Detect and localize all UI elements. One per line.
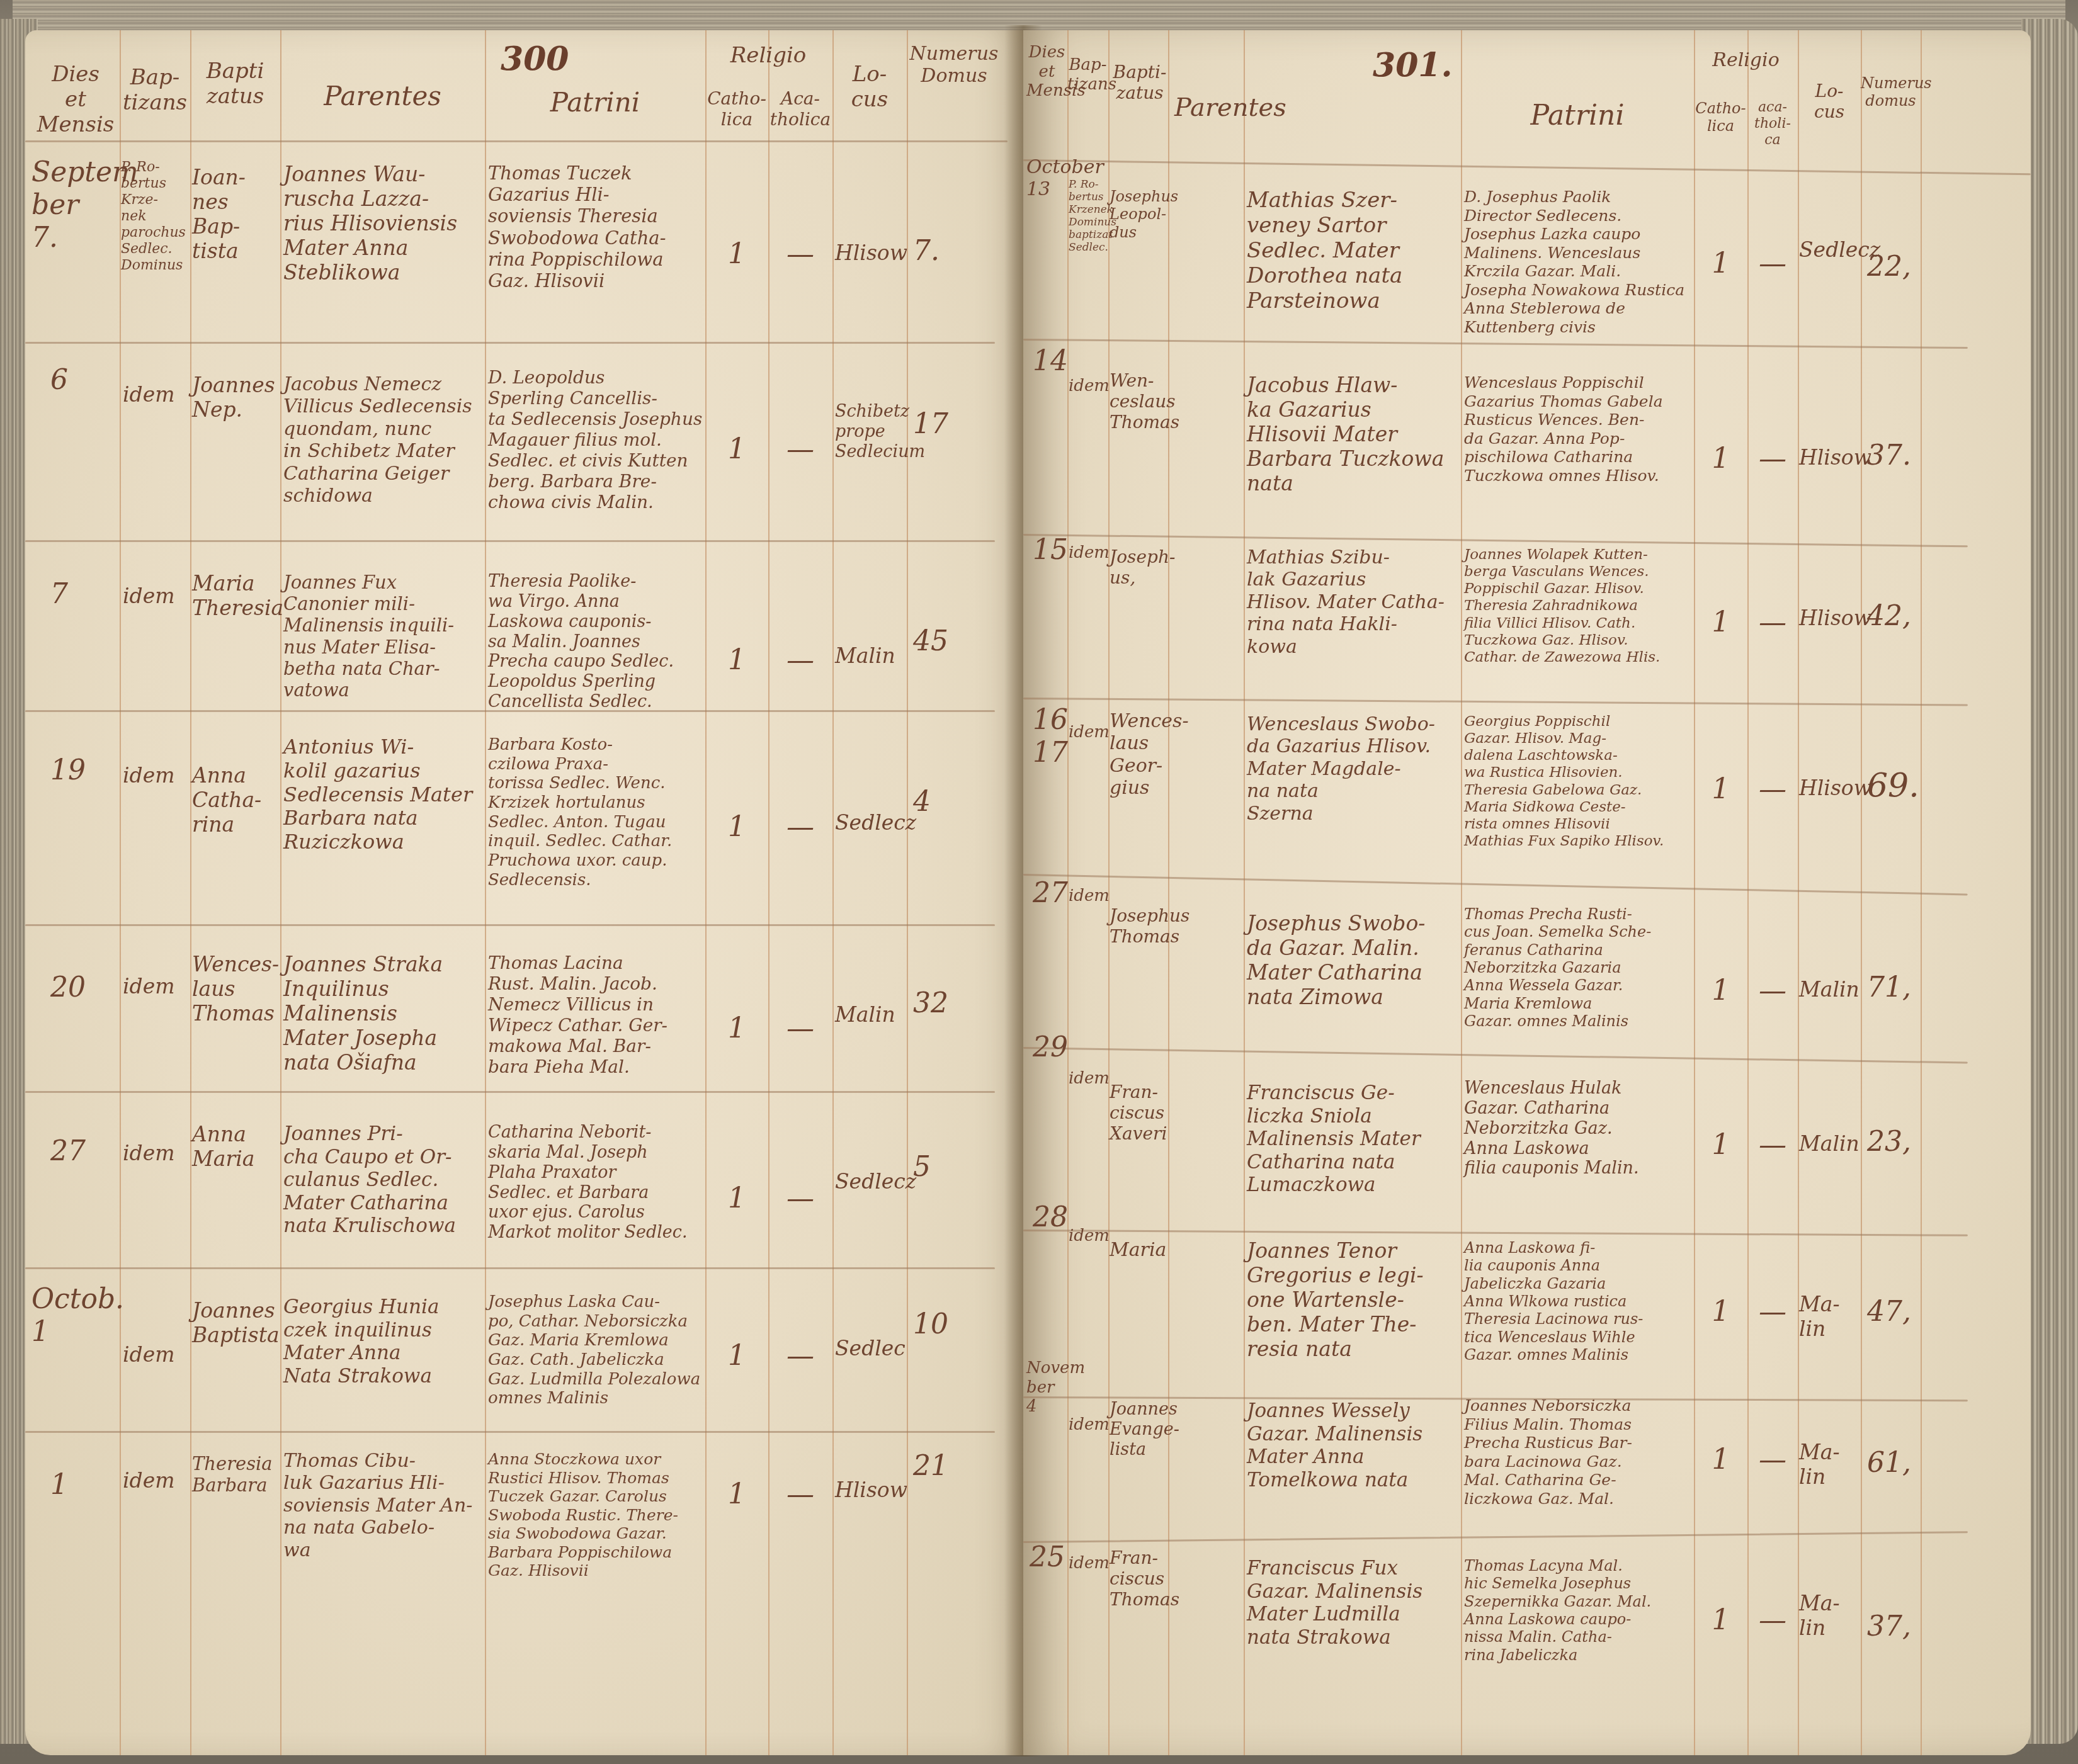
entry-parentes: Joannes Fux Canonier mili- Malinensis in…: [283, 572, 485, 701]
entry-baptizans: idem: [1069, 723, 1110, 742]
entry-catholica: 1: [705, 238, 768, 271]
right-page: Dies et Mensis Bap- tizans Bapti- zatus …: [1023, 30, 2031, 1755]
entry-catholica: 1: [705, 811, 768, 844]
entry-house-number: 71,: [1867, 971, 1924, 1004]
entry-acatholica: —: [1747, 975, 1798, 1007]
entry-house-number: 37.: [1867, 439, 1924, 472]
entry-catholica: 1: [1694, 1444, 1747, 1476]
entry-baptizatus: Wences- laus Thomas: [192, 953, 280, 1026]
entry-acatholica: —: [1747, 247, 1798, 280]
entry-baptizatus: Maria: [1110, 1239, 1169, 1261]
entry-locus: Sedlecz: [835, 1170, 907, 1194]
entry-rule: [1023, 1230, 1968, 1236]
entry-locus: Hlisow: [835, 241, 907, 266]
entry-baptizans: idem: [1069, 1226, 1110, 1246]
entry-catholica: 1: [1694, 606, 1747, 639]
entry-baptizatus: Wences- laus Geor- gius: [1110, 710, 1169, 800]
entry-patrini: Thomas Lacina Rust. Malin. Jacob. Nemecz…: [488, 953, 705, 1077]
entry-patrini: Anna Laskowa fi- lia cauponis Anna Jabel…: [1464, 1239, 1694, 1364]
entry-baptizans: idem: [1069, 886, 1110, 906]
entry-baptizans: idem: [1069, 376, 1110, 396]
entry-date: 20: [50, 971, 120, 1004]
entry-locus: Sedlec: [835, 1337, 907, 1361]
entry-house-number: 10: [913, 1308, 989, 1341]
entry-locus: Ma- lin: [1799, 1592, 1861, 1641]
entry-rule: [25, 1431, 995, 1433]
entry-house-number: 61,: [1867, 1447, 1924, 1479]
entry-house-number: 32: [913, 987, 989, 1020]
entry-patrini: Thomas Lacyna Mal. hic Semelka Josephus …: [1464, 1557, 1694, 1664]
entry-date: 19: [50, 754, 120, 787]
entry-baptizatus: Ioan- nes Bap- tista: [192, 166, 280, 264]
entry-parentes: Joannes Wessely Gazar. Malinensis Mater …: [1247, 1399, 1461, 1491]
entry-rule: [25, 540, 995, 542]
entry-date: 25: [1030, 1541, 1070, 1574]
entry-catholica: 1: [705, 1182, 768, 1215]
entry-rule: [25, 1091, 995, 1093]
entry-house-number: 23,: [1867, 1126, 1924, 1158]
entry-catholica: 1: [1694, 247, 1747, 280]
entry-parentes: Georgius Hunia czek inquilinus Mater Ann…: [283, 1296, 485, 1388]
left-entries: Septem ber 7. P. Ro- bertus Krze- nek pa…: [25, 30, 1023, 1755]
entry-house-number: 69.: [1867, 767, 1924, 805]
entry-acatholica: —: [1747, 1444, 1798, 1476]
entry-locus: Schibetz prope Sedlecium: [835, 402, 907, 462]
entry-patrini: D. Josephus Paolik Director Sedlecens. J…: [1464, 188, 1694, 336]
entry-baptizans: idem: [123, 764, 191, 788]
entry-rule: [25, 342, 995, 344]
entry-patrini: Catharina Neborit- skaria Mal. Joseph Pl…: [488, 1122, 705, 1243]
entry-locus: Ma- lin: [1799, 1440, 1861, 1490]
entry-baptizatus: Maria Theresia: [192, 572, 280, 621]
entry-parentes: Joannes Pri- cha Caupo et Or- culanus Se…: [283, 1122, 485, 1238]
entry-date: Septem ber 7.: [31, 156, 120, 254]
entry-patrini: D. Leopoldus Sperling Cancellis- ta Sedl…: [488, 367, 705, 512]
entry-baptizatus: Joannes Evange- lista: [1110, 1399, 1169, 1460]
entry-house-number: 7.: [913, 235, 989, 268]
entry-parentes: Joannes Straka Inquilinus Malinensis Mat…: [283, 953, 485, 1075]
entry-date: 14: [1033, 345, 1070, 378]
entry-parentes: Joannes Tenor Gregorius e legi- one Wart…: [1247, 1239, 1461, 1362]
entry-acatholica: —: [1747, 1296, 1798, 1328]
entry-locus: Malin: [835, 644, 907, 669]
open-register-book: Dies et Mensis Bap- tizans Bapti zatus P…: [0, 0, 2078, 1764]
entry-acatholica: —: [768, 433, 832, 466]
entry-baptizans: idem: [1069, 1069, 1110, 1088]
entry-date: October 13: [1026, 156, 1070, 201]
entry-acatholica: —: [768, 1478, 832, 1511]
entry-patrini: Wenceslaus Poppischil Gazarius Thomas Ga…: [1464, 373, 1694, 485]
entry-locus: Hlisow: [1799, 606, 1861, 631]
entry-catholica: 1: [705, 644, 768, 677]
entry-acatholica: —: [1747, 443, 1798, 475]
entry-parentes: Mathias Szer- veney Sartor Sedlec. Mater…: [1247, 188, 1461, 314]
entry-rule: [25, 710, 995, 712]
entry-baptizatus: Joseph- us,: [1110, 546, 1169, 588]
entry-parentes: Mathias Szibu- lak Gazarius Hlisov. Mate…: [1247, 546, 1461, 658]
entry-baptizans: idem: [123, 383, 191, 407]
entry-baptizans: idem: [1069, 1415, 1110, 1435]
entry-patrini: Theresia Paolike- wa Virgo. Anna Laskowa…: [488, 572, 705, 712]
entry-date: 7: [50, 578, 120, 611]
entry-locus: Malin: [1799, 1132, 1861, 1156]
entry-catholica: 1: [705, 433, 768, 466]
entry-parentes: Franciscus Fux Gazar. Malinensis Mater L…: [1247, 1557, 1461, 1649]
entry-parentes: Joannes Wau- ruscha Lazza- rius Hlisovie…: [283, 162, 485, 285]
entry-baptizans: idem: [123, 1343, 191, 1367]
entry-acatholica: —: [768, 1182, 832, 1215]
entry-locus: Malin: [1799, 978, 1861, 1002]
entry-acatholica: —: [1747, 773, 1798, 806]
entry-patrini: Josephus Laska Cau- po, Cathar. Neborsic…: [488, 1292, 705, 1408]
entry-rule: [1023, 339, 1968, 349]
entry-locus: Hlisow: [1799, 446, 1861, 470]
entry-rule: [25, 1267, 995, 1269]
entry-catholica: 1: [705, 1340, 768, 1372]
entry-acatholica: —: [1747, 1604, 1798, 1637]
entry-baptizatus: Joannes Nep.: [192, 373, 280, 422]
entry-locus: Hlisow: [835, 1478, 907, 1503]
entry-baptizatus: Fran- ciscus Thomas: [1110, 1547, 1169, 1610]
entry-date: 29: [1033, 1031, 1070, 1064]
entry-parentes: Franciscus Ge- liczka Sniola Malinensis …: [1247, 1082, 1461, 1197]
entry-baptizatus: Josephus Leopol- dus: [1110, 188, 1169, 241]
entry-catholica: 1: [1694, 1604, 1747, 1637]
entry-catholica: 1: [1694, 975, 1747, 1007]
entry-house-number: 45: [913, 625, 989, 658]
entry-locus: Sedlecz: [1799, 238, 1861, 263]
entry-catholica: 1: [1694, 773, 1747, 806]
entry-rule: [25, 924, 995, 926]
entry-parentes: Wenceslaus Swobo- da Gazarius Hlisov. Ma…: [1247, 713, 1461, 825]
entry-date: 1: [50, 1469, 120, 1501]
entry-acatholica: —: [768, 1012, 832, 1045]
entry-house-number: 22,: [1867, 251, 1924, 283]
entry-baptizatus: Joannes Baptista: [192, 1299, 280, 1348]
entry-date: 16 17: [1033, 704, 1070, 769]
entry-patrini: Joannes Neborsiczka Filius Malin. Thomas…: [1464, 1396, 1694, 1508]
entry-catholica: 1: [1694, 1296, 1747, 1328]
entry-house-number: 17: [913, 408, 989, 441]
entry-baptizans: P. Ro- bertus Krzenek Dominus baptizat S…: [1069, 178, 1108, 254]
entry-locus: Sedlecz: [835, 811, 907, 835]
entry-acatholica: —: [1747, 606, 1798, 639]
entry-house-number: 5: [913, 1151, 989, 1184]
entry-baptizatus: Wen- ceslaus Thomas: [1110, 370, 1169, 433]
entry-baptizans: idem: [123, 1469, 191, 1493]
entry-baptizans: P. Ro- bertus Krze- nek parochus Sedlec.…: [121, 159, 191, 274]
entry-baptizatus: Josephus Thomas: [1110, 905, 1169, 947]
entry-rule: [1023, 534, 1968, 547]
entry-rule: [1023, 698, 1968, 706]
entry-acatholica: —: [768, 811, 832, 844]
entry-patrini: Thomas Tuczek Gazarius Hli- soviensis Th…: [488, 162, 705, 291]
entry-house-number: 47,: [1867, 1296, 1924, 1328]
entry-catholica: 1: [705, 1478, 768, 1511]
entry-house-number: 21: [913, 1450, 989, 1483]
entry-locus: Ma- lin: [1799, 1292, 1861, 1342]
entry-catholica: 1: [705, 1012, 768, 1045]
entry-locus: Hlisow: [1799, 776, 1861, 801]
entry-baptizans: idem: [123, 1141, 191, 1166]
entry-rule: [1023, 1047, 1968, 1064]
entry-house-number: 37,: [1867, 1610, 1924, 1643]
entry-patrini: Thomas Precha Rusti- cus Joan. Semelka S…: [1464, 905, 1694, 1030]
entry-catholica: 1: [1694, 1129, 1747, 1162]
entry-date: Novem ber 4: [1026, 1359, 1070, 1416]
entry-patrini: Anna Stoczkowa uxor Rustici Hlisov. Thom…: [488, 1450, 705, 1580]
entry-date: 6: [50, 364, 120, 397]
right-entries: October 13 P. Ro- bertus Krzenek Dominus…: [1023, 30, 2031, 1755]
entry-rule: [1023, 1531, 1968, 1543]
entry-locus: Malin: [835, 1003, 907, 1027]
entry-rule: [1023, 874, 1968, 895]
entry-parentes: Josephus Swobo- da Gazar. Malin. Mater C…: [1247, 912, 1461, 1010]
entry-acatholica: —: [768, 644, 832, 677]
entry-baptizans: idem: [1069, 1554, 1110, 1573]
entry-baptizatus: Theresia Barbara: [192, 1453, 280, 1496]
entry-acatholica: —: [768, 238, 832, 271]
left-page: Dies et Mensis Bap- tizans Bapti zatus P…: [25, 30, 1023, 1755]
entry-acatholica: —: [768, 1340, 832, 1372]
entry-patrini: Georgius Poppischil Gazar. Hlisov. Mag- …: [1464, 713, 1694, 850]
entry-date: 27: [50, 1135, 120, 1168]
entry-patrini: Joannes Wolapek Kutten- berga Vasculans …: [1464, 546, 1694, 666]
entry-parentes: Jacobus Nemecz Villicus Sedlecensis quon…: [283, 373, 485, 507]
entry-baptizatus: Anna Catha- rina: [192, 764, 280, 837]
entry-parentes: Thomas Cibu- luk Gazarius Hli- soviensis…: [283, 1450, 485, 1561]
entry-date: 28: [1033, 1201, 1070, 1234]
entry-patrini: Wenceslaus Hulak Gazar. Catharina Neborz…: [1464, 1078, 1694, 1179]
entry-acatholica: —: [1747, 1129, 1798, 1162]
entry-house-number: 42,: [1867, 600, 1924, 633]
entry-baptizans: idem: [1069, 543, 1110, 563]
entry-patrini: Barbara Kosto- czilowa Praxa- torissa Se…: [488, 735, 705, 890]
entry-parentes: Antonius Wi- kolil gazarius Sedlecensis …: [283, 735, 485, 854]
entry-baptizatus: Fran- ciscus Xaveri: [1110, 1082, 1169, 1144]
entry-house-number: 4: [913, 786, 989, 818]
entry-date: Octob. 1: [31, 1283, 120, 1348]
entry-baptizans: idem: [123, 975, 191, 999]
entry-baptizatus: Anna Maria: [192, 1122, 280, 1172]
entry-date: 27: [1033, 877, 1070, 910]
entry-date: 15: [1033, 534, 1070, 567]
entry-parentes: Jacobus Hlaw- ka Gazarius Hlisovii Mater…: [1247, 373, 1461, 496]
entry-catholica: 1: [1694, 443, 1747, 475]
entry-baptizans: idem: [123, 584, 191, 609]
